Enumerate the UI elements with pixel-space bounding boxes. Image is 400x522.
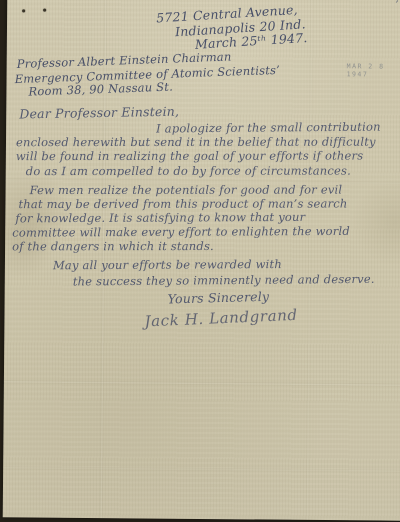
pin-hole	[22, 9, 25, 12]
body-p1-line2: enclosed herewith but send it in the bel…	[16, 135, 376, 150]
body-p3-line1: May all your efforts be rewarded with	[53, 257, 282, 272]
ink-mark: ’	[395, 0, 398, 11]
body-p2-line5: of the dangers in which it stands.	[12, 239, 214, 253]
letter-paper: ’ 5721 Central Avenue, Indianapolis 20 I…	[3, 0, 400, 521]
body-p2-line1: Few men realize the potentials for good …	[30, 183, 343, 198]
body-p3-line2: the success they so imminently need and …	[73, 272, 375, 289]
horizontal-fold-crease-3	[3, 466, 400, 473]
pin-hole	[43, 9, 46, 12]
received-date-stamp: MAR 2 8 1947	[347, 62, 400, 79]
horizontal-fold-crease-2	[4, 380, 400, 387]
body-p2-line3: for knowledge. It is satisfying to know …	[15, 210, 305, 226]
body-p2-line4: committee will make every effort to enli…	[12, 224, 350, 240]
closing: Yours Sincerely	[167, 289, 269, 307]
salutation: Dear Professor Einstein,	[19, 104, 179, 122]
signature: Jack H. Landgrand	[144, 306, 298, 331]
body-p1-line3: will be found in realizing the goal of y…	[16, 149, 363, 164]
vertical-fold-crease-faint	[306, 0, 314, 520]
body-p1-line4: do as I am compelled to do by force of c…	[26, 164, 351, 179]
body-p1-line1: I apologize for the small contribution	[156, 120, 381, 136]
